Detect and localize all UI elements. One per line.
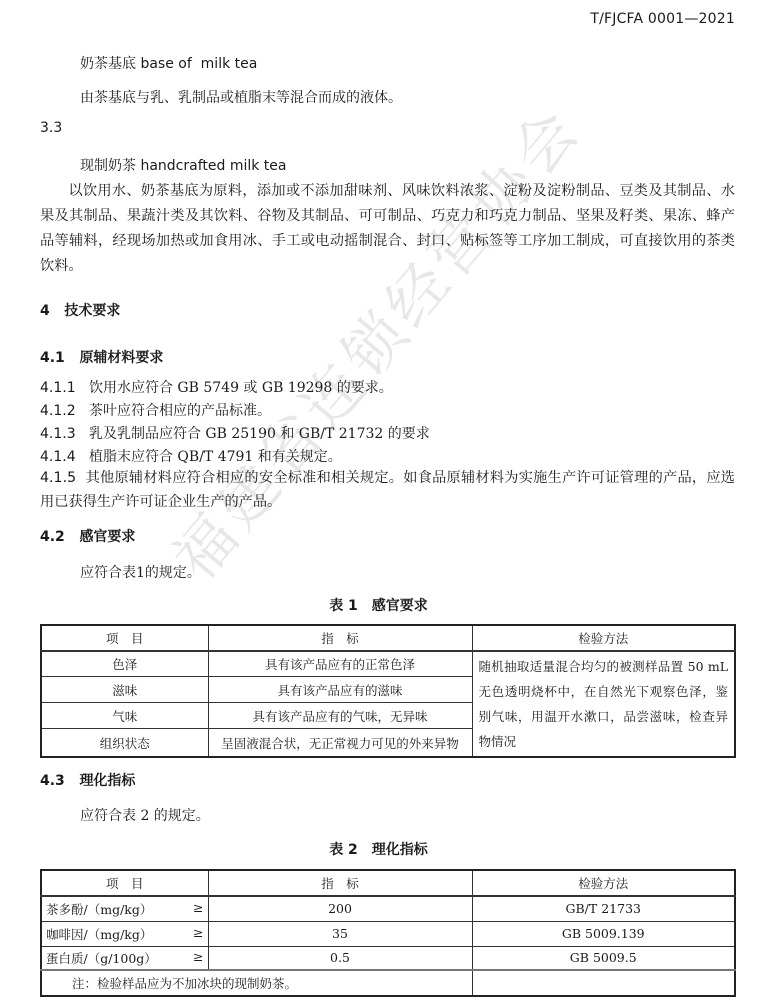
table-1-caption: 表 1 感官要求 — [0, 595, 757, 615]
clause-number: 4.1.3 — [40, 426, 76, 442]
item-label: 蛋白质/（g/100g） — [46, 951, 157, 966]
section-heading-4-1: 4.1 原辅材料要求 — [40, 347, 163, 367]
cell-method: GB 5009.5 — [472, 946, 735, 970]
cell-item: 滋味 — [41, 677, 208, 703]
term-title-zh: 现制奶茶 — [80, 158, 136, 174]
clause-number: 4.1.1 — [40, 380, 76, 396]
cell-spec: 具有该产品应有的滋味 — [208, 677, 472, 703]
table-note-row: 注：检验样品应为不加冰块的现制奶茶。 — [41, 970, 735, 996]
cell-value: 35 — [208, 921, 472, 946]
cell-item: 色泽 — [41, 651, 208, 677]
table-header-row: 项 目 指 标 检验方法 — [41, 870, 735, 896]
table-row: 茶多酚/（mg/kg）≥ 200 GB/T 21733 — [41, 896, 735, 921]
cell-empty — [472, 970, 735, 996]
term-definition: 由茶基底与乳、乳制品或植脂末等混合而成的液体。 — [80, 87, 402, 107]
column-header-item: 项 目 — [41, 625, 208, 651]
clause-text: 饮用水应符合 GB 5749 或 GB 19298 的要求。 — [89, 380, 393, 396]
section-heading-4-3: 4.3 理化指标 — [40, 770, 135, 790]
term-title-en: base of milk tea — [140, 56, 257, 72]
section-heading-4-2: 4.2 感官要求 — [40, 526, 135, 546]
clause-number: 4.1.4 — [40, 449, 76, 465]
clause-4-1-2: 4.1.2 茶叶应符合相应的产品标准。 — [40, 400, 271, 420]
term-heading-base-of-milk-tea: 奶茶基底 base of milk tea — [80, 53, 257, 73]
section-title: 感官要求 — [79, 529, 135, 545]
section-number: 4 — [40, 303, 50, 319]
table-row: 咖啡因/（mg/kg）≥ 35 GB 5009.139 — [41, 921, 735, 946]
geq-symbol: ≥ — [193, 949, 203, 964]
column-header-method: 检验方法 — [472, 870, 735, 896]
column-header-item: 项 目 — [41, 870, 208, 896]
cell-item: 咖啡因/（mg/kg）≥ — [41, 921, 208, 946]
table-physicochemical-indicators: 项 目 指 标 检验方法 茶多酚/（mg/kg）≥ 200 GB/T 21733… — [40, 869, 736, 997]
section-title: 理化指标 — [79, 773, 135, 789]
clause-text: 茶叶应符合相应的产品标准。 — [89, 403, 271, 419]
cell-value: 0.5 — [208, 946, 472, 970]
column-header-method: 检验方法 — [472, 625, 735, 651]
cell-method: GB/T 21733 — [472, 896, 735, 921]
geq-symbol: ≥ — [193, 925, 203, 940]
cell-method: GB 5009.139 — [472, 921, 735, 946]
item-label: 茶多酚/（mg/kg） — [46, 902, 152, 917]
section-number: 4.3 — [40, 773, 65, 789]
term-title-en: handcrafted milk tea — [140, 158, 286, 174]
cell-item: 蛋白质/（g/100g）≥ — [41, 946, 208, 970]
clause-number: 4.1.2 — [40, 403, 76, 419]
cell-item: 组织状态 — [41, 729, 208, 757]
section-text: 应符合表 2 的规定。 — [80, 805, 210, 825]
table-row: 色泽 具有该产品应有的正常色泽 随机抽取适量混合均匀的被测样品置 50 mL 无… — [41, 651, 735, 677]
clause-4-1-1: 4.1.1 饮用水应符合 GB 5749 或 GB 19298 的要求。 — [40, 377, 393, 397]
document-code: T/FJCFA 0001—2021 — [590, 11, 735, 27]
section-text: 应符合表1的规定。 — [80, 562, 201, 582]
section-number: 4.2 — [40, 529, 65, 545]
cell-item: 气味 — [41, 703, 208, 729]
table-row: 蛋白质/（g/100g）≥ 0.5 GB 5009.5 — [41, 946, 735, 970]
cell-value: 200 — [208, 896, 472, 921]
column-header-spec: 指 标 — [208, 870, 472, 896]
table-sensory-requirements: 项 目 指 标 检验方法 色泽 具有该产品应有的正常色泽 随机抽取适量混合均匀的… — [40, 624, 736, 758]
term-number: 3.3 — [40, 120, 62, 136]
clause-4-1-3: 4.1.3 乳及乳制品应符合 GB 25190 和 GB/T 21732 的要求 — [40, 423, 430, 443]
section-title: 技术要求 — [64, 303, 120, 319]
clause-4-1-5: 4.1.5 其他原辅材料应符合相应的安全标准和相关规定。如食品原辅材料为实施生产… — [40, 466, 735, 514]
item-label: 咖啡因/（mg/kg） — [46, 927, 152, 942]
clause-text: 其他原辅材料应符合相应的安全标准和相关规定。如食品原辅材料为实施生产许可证管理的… — [40, 470, 735, 510]
column-header-spec: 指 标 — [208, 625, 472, 651]
cell-spec: 具有该产品应有的正常色泽 — [208, 651, 472, 677]
term-definition: 以饮用水、奶茶基底为原料，添加或不添加甜味剂、风味饮料浓浆、淀粉及淀粉制品、豆类… — [40, 179, 735, 279]
table-header-row: 项 目 指 标 检验方法 — [41, 625, 735, 651]
term-heading-handcrafted-milk-tea: 现制奶茶 handcrafted milk tea — [80, 155, 286, 175]
clause-4-1-4: 4.1.4 植脂末应符合 QB/T 4791 和有关规定。 — [40, 446, 342, 466]
section-heading-4: 4 技术要求 — [40, 300, 120, 320]
cell-method: 随机抽取适量混合均匀的被测样品置 50 mL 无色透明烧杯中，在自然光下观察色泽… — [472, 651, 735, 757]
cell-item: 茶多酚/（mg/kg）≥ — [41, 896, 208, 921]
section-title: 原辅材料要求 — [79, 350, 163, 366]
cell-spec: 呈固液混合状，无正常视力可见的外来异物 — [208, 729, 472, 757]
clause-number: 4.1.5 — [40, 470, 76, 486]
cell-spec: 具有该产品应有的气味，无异味 — [208, 703, 472, 729]
term-title-zh: 奶茶基底 — [80, 56, 136, 72]
table-note: 注：检验样品应为不加冰块的现制奶茶。 — [41, 970, 472, 996]
clause-text: 乳及乳制品应符合 GB 25190 和 GB/T 21732 的要求 — [89, 426, 430, 442]
clause-text: 植脂末应符合 QB/T 4791 和有关规定。 — [89, 449, 342, 465]
section-number: 4.1 — [40, 350, 65, 366]
table-2-caption: 表 2 理化指标 — [0, 839, 757, 859]
geq-symbol: ≥ — [193, 900, 203, 915]
